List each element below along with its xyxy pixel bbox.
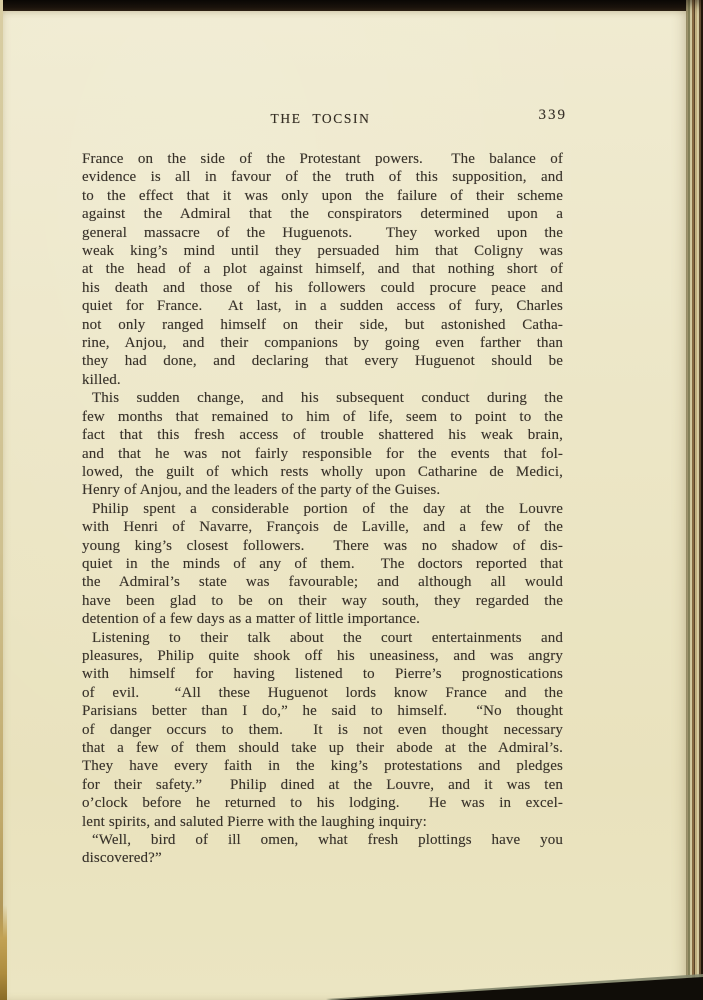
- paragraph: This sudden change, and his subsequent c…: [82, 389, 563, 499]
- text-line: lent spirits, and saluted Pierre with th…: [82, 813, 563, 831]
- text-line: the Admiral’s state was favourable; and …: [82, 573, 563, 591]
- page-stack-edges: [686, 0, 703, 1000]
- paragraph: “Well, bird of ill omen, what fresh plot…: [82, 831, 563, 868]
- text-line: lowed, the guilt of which rests wholly u…: [82, 463, 563, 481]
- paragraph: France on the side of the Protestant pow…: [82, 150, 563, 389]
- text-line: “Well, bird of ill omen, what fresh plot…: [82, 831, 563, 849]
- text-line: They have every faith in the king’s prot…: [82, 757, 563, 775]
- paragraph: Listening to their talk about the court …: [82, 629, 563, 831]
- text-line: young king’s closest followers. There wa…: [82, 537, 563, 555]
- text-line: for their safety.” Philip dined at the L…: [82, 776, 563, 794]
- text-line: detention of a few days as a matter of l…: [82, 610, 563, 628]
- scan-edge-top: [0, 0, 703, 11]
- text-line: with himself for having listened to Pier…: [82, 665, 563, 683]
- text-block: France on the side of the Protestant pow…: [82, 150, 563, 868]
- text-line: Henry of Anjou, and the leaders of the p…: [82, 481, 563, 499]
- text-line: have been glad to be on their way south,…: [82, 592, 563, 610]
- scanned-book-page: THE TOCSIN 339 France on the side of the…: [0, 0, 703, 1000]
- text-line: Parisians better than I do,” he said to …: [82, 702, 563, 720]
- paragraph: Philip spent a considerable portion of t…: [82, 500, 563, 629]
- text-line: o’clock before he returned to his lodgin…: [82, 794, 563, 812]
- text-line: France on the side of the Protestant pow…: [82, 150, 563, 168]
- text-line: quiet for France. At last, in a sudden a…: [82, 297, 563, 315]
- page-header: THE TOCSIN 339: [82, 109, 563, 129]
- text-line: evidence is all in favour of the truth o…: [82, 168, 563, 186]
- text-line: Listening to their talk about the court …: [82, 629, 563, 647]
- scan-edge-bottom: [0, 966, 703, 1000]
- text-line: against the Admiral that the conspirator…: [82, 205, 563, 223]
- text-line: discovered?”: [82, 849, 563, 867]
- text-line: and that he was not fairly responsible f…: [82, 445, 563, 463]
- page-number: 339: [539, 107, 568, 124]
- text-line: with Henri of Navarre, François de Lavil…: [82, 518, 563, 536]
- text-line: quiet in the minds of any of them. The d…: [82, 555, 563, 573]
- text-line: fact that this fresh access of trouble s…: [82, 426, 563, 444]
- running-title: THE TOCSIN: [271, 111, 371, 127]
- text-line: weak king’s mind until they persuaded hi…: [82, 242, 563, 260]
- text-line: to the effect that it was only upon the …: [82, 187, 563, 205]
- text-line: of danger occurs to them. It is not even…: [82, 721, 563, 739]
- text-line: Philip spent a considerable portion of t…: [82, 500, 563, 518]
- text-line: pleasures, Philip quite shook off his un…: [82, 647, 563, 665]
- text-line: of evil. “All these Huguenot lords know …: [82, 684, 563, 702]
- text-line: at the head of a plot against himself, a…: [82, 260, 563, 278]
- text-line: general massacre of the Huguenots. They …: [82, 224, 563, 242]
- text-line: This sudden change, and his subsequent c…: [82, 389, 563, 407]
- text-line: killed.: [82, 371, 563, 389]
- text-line: his death and those of his followers cou…: [82, 279, 563, 297]
- text-line: not only ranged himself on their side, b…: [82, 316, 563, 334]
- text-line: they had done, and declaring that every …: [82, 352, 563, 370]
- scan-edge-left: [0, 0, 3, 1000]
- text-line: few months that remained to him of life,…: [82, 408, 563, 426]
- text-line: that a few of them should take up their …: [82, 739, 563, 757]
- text-line: rine, Anjou, and their companions by goi…: [82, 334, 563, 352]
